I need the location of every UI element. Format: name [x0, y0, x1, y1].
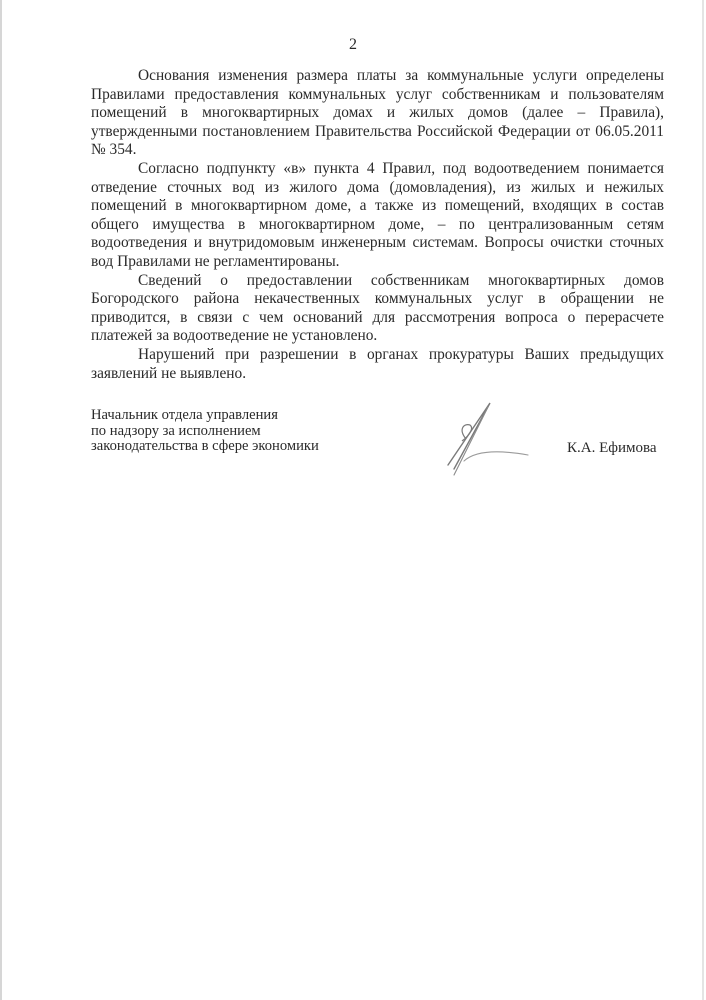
- signatory-name: К.А. Ефимова: [567, 440, 657, 457]
- paragraph-payment-basis: Основания изменения размера платы за ком…: [91, 67, 664, 160]
- scan-edge-left: [0, 0, 2, 1000]
- document-body: Основания изменения размера платы за ком…: [91, 67, 664, 383]
- scan-edge-right: [702, 0, 704, 1000]
- paragraph-no-recalculation: Сведений о предоставлении собственникам …: [91, 272, 664, 346]
- paragraph-drainage-definition: Согласно подпункту «в» пункта 4 Правил, …: [91, 160, 664, 272]
- position-line: законодательства в сфере экономики: [91, 439, 319, 455]
- position-line: по надзору за исполнением: [91, 424, 319, 440]
- handwritten-signature-icon: [440, 395, 550, 480]
- paragraph-no-violations: Нарушений при разрешении в органах проку…: [91, 346, 664, 383]
- signatory-position: Начальник отдела управления по надзору з…: [91, 408, 319, 455]
- page-number: 2: [0, 36, 706, 54]
- position-line: Начальник отдела управления: [91, 408, 319, 424]
